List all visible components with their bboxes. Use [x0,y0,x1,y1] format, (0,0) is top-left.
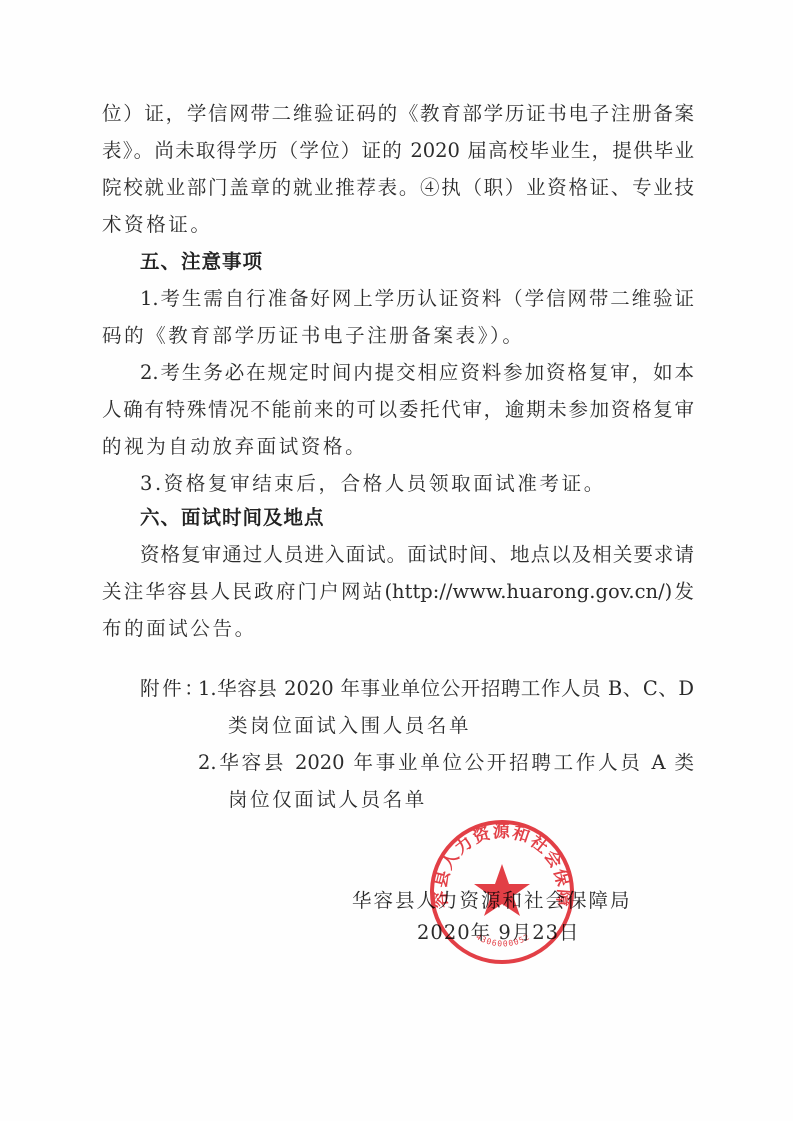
svg-text:4306000052: 4306000052 [474,932,531,948]
interview-paragraph-line: 关注华容县人民政府门户网站(http://www.huarong.gov.cn/… [102,579,694,605]
attachment-item-1-continuation: 类岗位面试入围人员名单 [228,713,471,739]
document-page: 位）证，学信网带二维验证码的《教育部学历证书电子注册备案 表》。尚未取得学历（学… [0,0,793,1121]
interview-paragraph-line: 布的面试公告。 [102,616,694,642]
notes-item-2-line: 的视为自动放弃面试资格。 [102,434,694,460]
notes-item-1-line: 码的《教育部学历证书电子注册备案表》）。 [102,323,694,349]
notes-item-2-line: 2.考生务必在规定时间内提交相应资料参加资格复审，如本 [140,360,694,386]
attachment-item-1: 1.华容县 2020 年事业单位公开招聘工作人员 B、C、D [198,676,694,702]
attachment-item-2-continuation: 岗位仅面试人员名单 [228,787,427,813]
paragraph-line: 位）证，学信网带二维验证码的《教育部学历证书电子注册备案 [102,101,694,127]
section-heading-interview: 六、面试时间及地点 [140,505,694,531]
official-seal-icon: 华容县人力资源和社会保障局 4306000052 [428,818,576,966]
notes-item-3-line: 3.资格复审结束后，合格人员领取面试准考证。 [140,471,694,497]
interview-paragraph-line: 资格复审通过人员进入面试。面试时间、地点以及相关要求请 [140,542,694,568]
paragraph-line: 院校就业部门盖章的就业推荐表。④执（职）业资格证、专业技 [102,175,694,201]
paragraph-line: 术资格证。 [102,212,694,238]
paragraph-line: 表》。尚未取得学历（学位）证的 2020 届高校毕业生，提供毕业 [102,138,694,164]
notes-item-1-line: 1.考生需自行准备好网上学历认证资料（学信网带二维验证 [140,286,694,312]
section-heading-notes: 五、注意事项 [140,249,694,275]
notes-item-2-line: 人确有特殊情况不能前来的可以委托代审，逾期未参加资格复审 [102,397,694,423]
attachment-item-2: 2.华容县 2020 年事业单位公开招聘工作人员 A 类 [198,750,694,776]
attachments-label: 附件： [140,676,206,702]
